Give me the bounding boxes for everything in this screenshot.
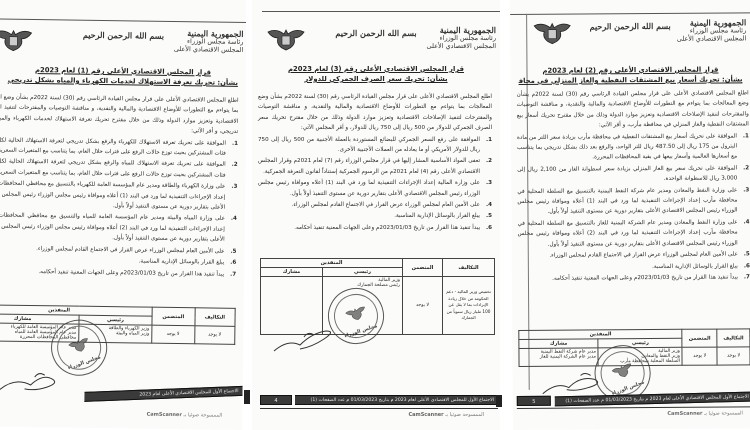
scan-edge-shadow [244,390,250,404]
decision-items: 1.الموافقة على تحريك أسعار بيع المشتقات … [517,131,750,284]
decision-item: 6.يبلغ القرار بالوسائل الإدارية المناسبة… [518,261,750,273]
republic-name: الجمهورية اليمنية [427,26,496,34]
decision-item: 7.يبدأ تنفيذ هذا القرار من تاريخ 2023/01… [518,272,750,284]
page-number: 4 [260,395,292,405]
item-text: الموافقة على تحريك سعر بيع الغاز المنزلي… [517,165,737,182]
item-text: على الأمين العام لمجلس الوزراء عرض القرا… [292,202,480,208]
yemen-eagle-emblem-icon [532,20,572,46]
decision-item: 3.على وزارة الكهرباء والطاقة ومدير عام ا… [0,178,237,213]
decision-item: 1.الموافقة على تحريك تعرفة الاستهلاك للك… [0,135,238,159]
cell-partner: مدير عام شركة النفط اليمنية مدير عام الش… [519,348,599,367]
item-number: 6. [230,258,236,268]
issuer-block: الجمهورية اليمنية رئاسة مجلس الوزراء الم… [174,29,244,54]
item-number: 6. [744,261,750,271]
scanner-watermark: الممسوحة ضوئيا بـ CamScanner [667,410,743,417]
th-costs: التكاليف [717,329,750,347]
decision-page-3: الجمهورية اليمنية رئاسة مجلس الوزراء الم… [510,0,750,430]
page-top-edge [510,12,750,15]
item-text: الموافقة على رفع السعر الجمركي للبضائع ا… [258,137,480,153]
decision-body: اطلع المجلس الاقتصادي الأعلى على قرار مج… [258,92,492,234]
decision-item: 1.الموافقة على رفع السعر الجمركي للبضائع… [258,135,492,156]
th-budgeted: المتضمن [152,307,195,326]
footer-rule [260,408,498,409]
item-text: يبلغ القرار بالوسائل الإدارية المناسبة. [652,263,738,270]
decision-item: 1.الموافقة على تحريك أسعار بيع المشتقات … [517,131,749,164]
th-lead: رئيسي [323,268,403,277]
scanner-app-name: CamScanner [147,412,182,418]
decision-item: 2.الموافقة على تحريك تعرفة الاستهلاك للم… [0,157,238,181]
item-text: على وزارة الكهرباء والطاقة ومدير عام الم… [0,180,225,210]
item-text: يبلغ القرار بالوسائل الإدارية المناسبة. [394,213,480,219]
item-text: يبدأ تنفيذ هذا القرار من تاريخ 2023/01/0… [294,225,480,231]
decision-subject: بشأن: تحريك تعرفة الاستهلاك لخدمات الكهر… [7,75,239,88]
item-text: على وزارة المالية إعداد الإجراءات التنفي… [258,180,480,196]
item-text: على الأمين العام لمجلس الوزراء عرض القرا… [36,246,224,255]
item-number: 2. [486,156,492,166]
stamp-label: مجلس الوزراء [334,320,387,342]
cell-budgeted: لا يوجد [152,325,195,344]
decision-title: قرار المجلس الاقتصادي الأعلى رقم (3) لعا… [260,64,492,84]
letterhead: الجمهورية اليمنية رئاسة مجلس الوزراء الم… [510,18,750,56]
decision-title: قرار المجلس الاقتصادي الأعلى رقم (1) لعا… [7,65,239,88]
cell-budgeted: لا يوجد [682,347,717,365]
item-text: على وزارة النفط والمعادن ومدير عام الشرك… [518,219,738,247]
item-number: 3. [743,185,749,195]
decision-items: 1.الموافقة على تحريك تعرفة الاستهلاك للك… [0,135,238,280]
yemen-eagle-emblem-icon [0,26,34,53]
decision-item: 2.تعفى المواد الأساسية المشار إليها في ق… [258,156,492,177]
item-text: الموافقة على تحريك تعرفة الاستهلاك للكهر… [0,137,226,157]
letterhead: الجمهورية اليمنية رئاسة مجلس الوزراء الم… [252,26,500,62]
item-number: 2. [743,163,749,173]
signature-icon [0,367,65,398]
decision-item: 3.على وزارة المالية إعداد الإجراءات التن… [258,178,492,199]
item-number: 4. [743,217,749,227]
preamble: اطلع المجلس الاقتصادي الأعلى على قرار مج… [517,88,749,131]
item-number: 6. [486,223,492,233]
signature-icon [270,325,340,355]
item-text: على وزارة المياه والبيئة ومدير عام المؤس… [0,213,225,243]
item-text: تعفى المواد الأساسية المشار إليها في قرا… [258,158,480,174]
letterhead: الجمهورية اليمنية رئاسة مجلس الوزراء الم… [0,27,248,66]
page-number: 5 [517,396,551,406]
decision-item: 5.على الأمين العام لمجلس الوزراء عرض الق… [518,249,750,261]
decision-item: 4.على وزارة النفط والمعادن ومدير عام الش… [518,217,750,250]
issuer-block: الجمهورية اليمنية رئاسة مجلس الوزراء الم… [677,18,747,42]
meeting-footer: الاجتماع الأول للمجلس الاقتصادي الأعلى ل… [295,395,498,405]
page-gutter [500,0,510,430]
decision-item: 4.على الأمين العام لمجلس الوزراء عرض الق… [258,200,492,210]
issuer-block: الجمهورية اليمنية رئاسة مجلس الوزراء الم… [427,26,496,50]
basmala: بسم الله الرحمن الرحيم [335,28,416,38]
decision-item: 3.على وزارة النفط والمعادن ومدير عام شرك… [517,185,749,218]
scanner-prefix: الممسوحة ضوئيا بـ [183,412,222,419]
item-text: يبدأ تنفيذ هذا القرار من تاريخ 2023/01/0… [552,274,738,281]
item-text: على الأمين العام لمجلس الوزراء عرض القرا… [549,252,737,259]
basmala: بسم الله الرحمن الرحيم [590,21,671,32]
item-number: 3. [486,178,492,188]
scanner-app-name: CamScanner [667,411,702,417]
footer-rule [517,406,750,409]
scanner-prefix: الممسوحة ضوئيا بـ [704,410,743,416]
th-budgeted: المتضمن [682,329,717,347]
item-number: 5. [744,249,750,259]
decision-page-2: الجمهورية اليمنية رئاسة مجلس الوزراء الم… [252,0,500,430]
scanner-watermark: الممسوحة ضوئيا بـ CamScanner [408,412,484,418]
lead-entity: رئيس مصلحة الجمارك [325,283,400,288]
item-number: 1. [743,131,749,141]
item-text: الموافقة على تحريك أسعار بيع المشتقات ال… [517,133,737,161]
stamp-eagle-icon [343,302,369,326]
th-executors: المنفذين [261,259,403,268]
th-budgeted: المتضمن [403,259,443,277]
decision-item: 5.يبلغ القرار بالوسائل الإدارية المناسبة… [258,211,492,221]
basmala: بسم الله الرحمن الرحيم [83,30,164,41]
decision-item: 6.يبدأ تنفيذ هذا القرار من تاريخ 2023/01… [258,223,492,233]
item-text: على وزارة النفط والمعادن ومدير عام شركة … [517,187,737,215]
item-text: يبدأ تنفيذ هذا القرار من تاريخ 2023/01/0… [38,269,224,278]
decision-item: 2.الموافقة على تحريك سعر بيع الغاز المنز… [517,163,749,185]
decision-number: قرار المجلس الاقتصادي الأعلى رقم (3) لعا… [260,64,492,74]
meeting-footer: الاجتماع الأول للمجلس الاقتصادي الأعلى ل… [84,386,242,402]
decision-subject: بشأن: تحريك سعر الصرف الجمركي للدولار [260,74,492,84]
decision-title: قرار المجلس الاقتصادي الأعلى رقم (2) لعا… [518,64,742,86]
item-number: 5. [230,246,236,256]
decision-body: اطلع المجلس الاقتصادي الأعلى على قرار مج… [0,92,239,281]
decision-page-1: الجمهورية اليمنية رئاسة مجلس الوزراء الم… [0,0,248,430]
preamble: اطلع المجلس الاقتصادي الأعلى على قرار مج… [258,92,492,134]
item-number: 7. [744,272,750,282]
th-costs: التكاليف [195,308,236,327]
cell-costs: لا يوجد [717,347,750,365]
scanner-watermark: الممسوحة ضوئيا بـ CamScanner [147,412,223,419]
th-costs: التكاليف [443,259,495,277]
decision-subject: بشأن: تحريك أسعار بيع المشتقات النفطية و… [519,74,743,86]
item-number: 2. [232,160,238,170]
decision-item: 4.على وزارة المياه والبيئة ومدير عام الم… [0,211,237,246]
page-top-edge [262,11,500,12]
item-number: 4. [486,200,492,210]
responsibility-table: التكاليف المتضمن المنفذين رئيسي مشارك لا… [0,304,236,345]
decision-body: اطلع المجلس الاقتصادي الأعلى على قرار مج… [517,88,750,285]
partner-entity: مدير عام الشركة اليمنية للغاز [521,354,595,360]
th-partner: مشارك [261,268,323,277]
page-top-edge [0,19,248,23]
item-number: 3. [231,182,237,192]
decision-items: 1.الموافقة على رفع السعر الجمركي للبضائع… [258,135,492,234]
council-name: المجلس الاقتصادي الأعلى [427,42,496,50]
preamble: اطلع المجلس الاقتصادي الأعلى على قرار مج… [0,92,239,137]
item-number: 4. [231,214,237,224]
cell-costs: تخفيض وزير المالية - دعم الحكومة من خلال… [443,277,495,335]
yemen-eagle-emblem-icon [266,26,306,52]
item-number: 5. [486,211,492,221]
stamp-label: مجلس الوزراء [58,351,111,374]
cell-costs: لا يوجد [194,326,235,345]
scanner-prefix: الممسوحة ضوئيا بـ [445,412,484,418]
scan-edge-shadow [496,395,502,407]
item-text: يبلغ القرار بالوسائل الإدارية المناسبة. [139,259,225,266]
stamp-eagle-icon [609,359,636,384]
cell-budgeted: لا يوجد [403,277,443,335]
presidency-name: رئاسة مجلس الوزراء [427,34,496,42]
item-number: 7. [230,269,236,279]
council-name: المجلس الاقتصادي الأعلى [174,45,244,54]
council-name: المجلس الاقتصادي الأعلى [677,34,747,42]
scanner-app-name: CamScanner [408,412,443,418]
stamp-eagle-icon [66,333,93,357]
item-text: الموافقة على تحريك تعرفة الاستهلاك للميا… [0,159,226,179]
item-number: 1. [486,135,492,145]
item-number: 1. [232,138,238,148]
